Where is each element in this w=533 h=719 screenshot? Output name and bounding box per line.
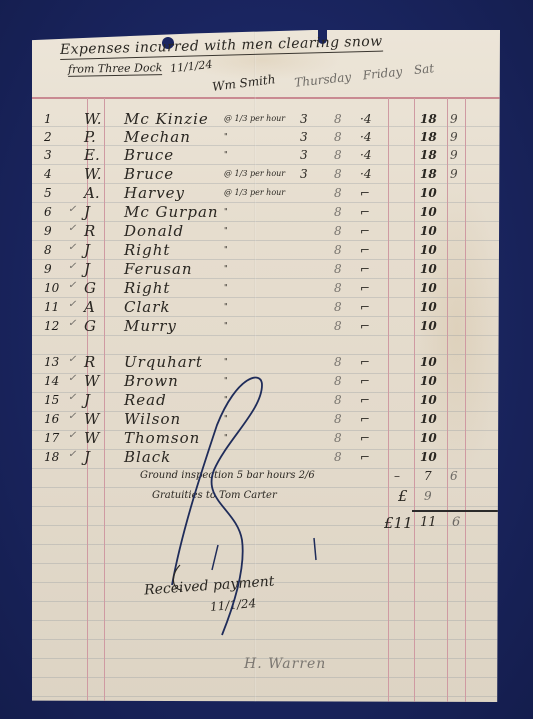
expense-sheet: Expenses incurred with men clearing snow…	[32, 30, 500, 702]
blue-ink-scribble	[32, 30, 500, 702]
